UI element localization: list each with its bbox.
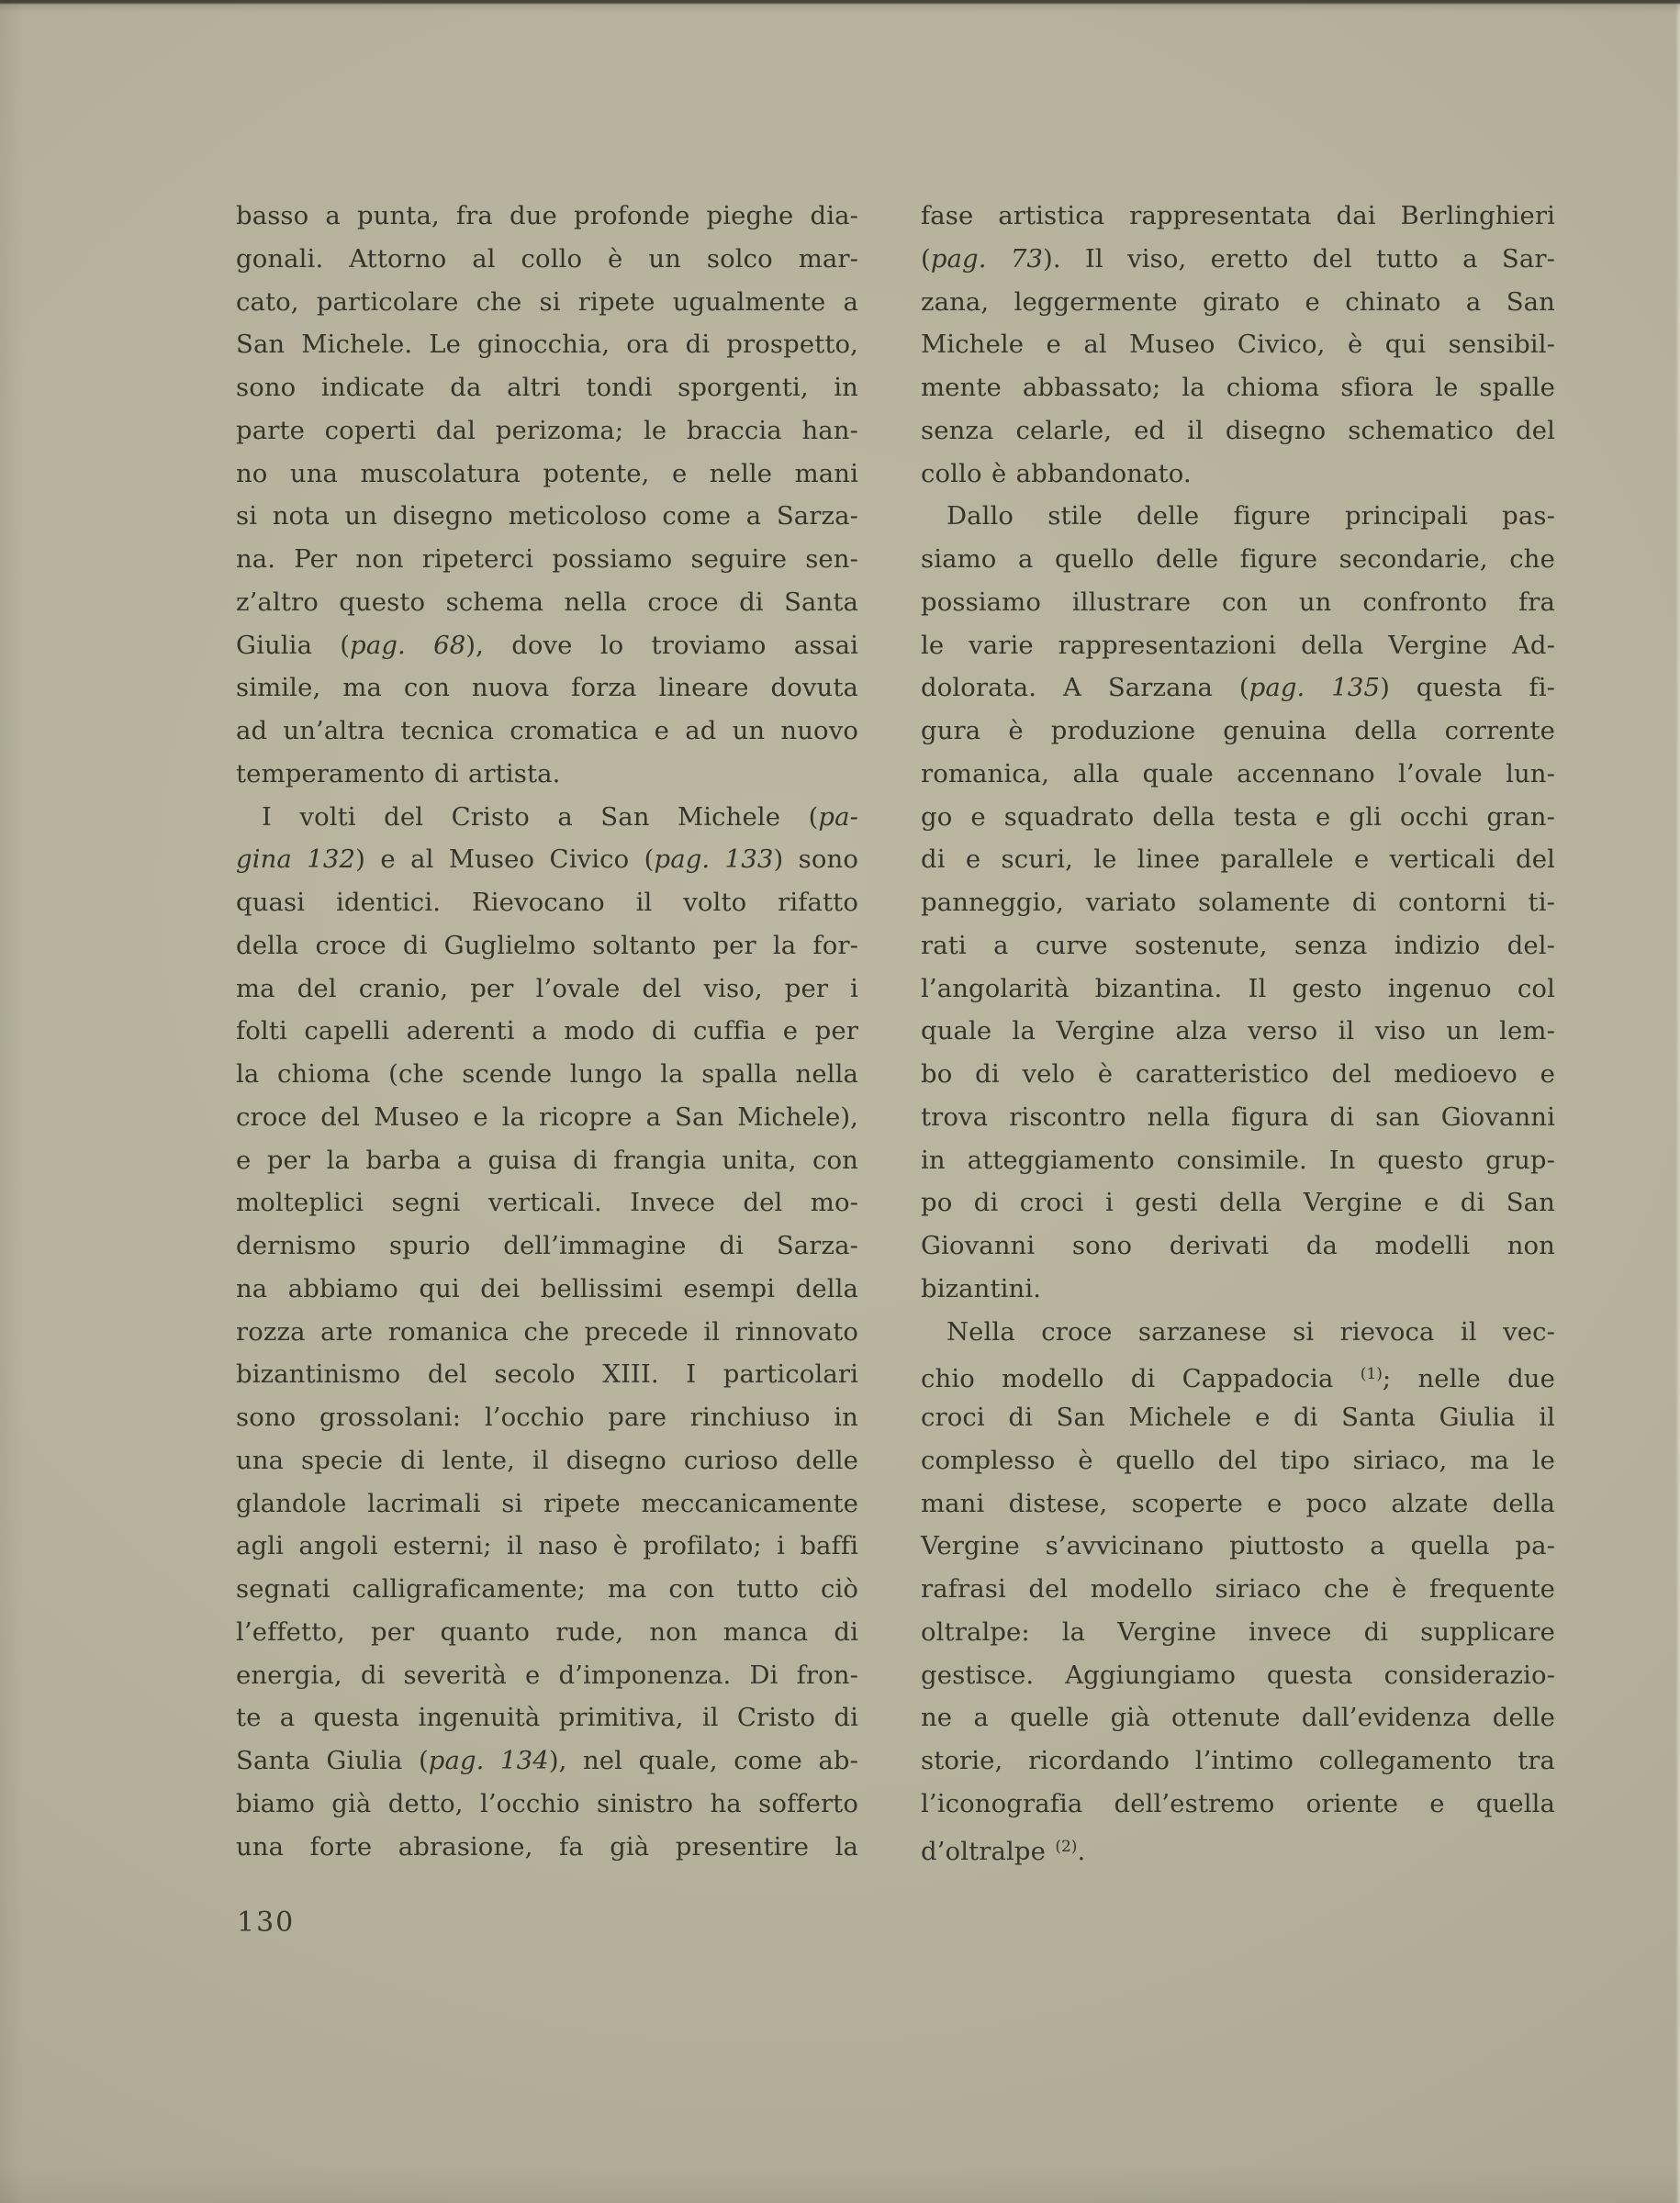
text-line: siamo a quello delle figure secondarie, … xyxy=(921,538,1555,581)
text-line: di e scuri, le linee parallele e vertica… xyxy=(921,838,1555,881)
text-line: sono indicate da altri tondi sporgenti, … xyxy=(236,366,858,409)
text-line: l’iconografia dell’estremo oriente e que… xyxy=(921,1783,1555,1826)
text-line: rafrasi del modello siriaco che è freque… xyxy=(921,1568,1555,1611)
text-line: possiamo illustrare con un confronto fra xyxy=(921,581,1555,624)
text-line: bizantinismo del secolo XIII. I particol… xyxy=(236,1353,858,1396)
text-line: energia, di severità e d’imponenza. Di f… xyxy=(236,1654,858,1697)
text-line: zana, leggermente girato e chinato a San xyxy=(921,281,1555,324)
text-line: una specie di lente, il disegno curioso … xyxy=(236,1439,858,1482)
text-line: rozza arte romanica che precede il rinno… xyxy=(236,1311,858,1354)
italic-page-reference: pag. 134 xyxy=(429,1746,549,1775)
text-line: no una muscolatura potente, e nelle mani xyxy=(236,453,858,496)
text-line: segnati calligraficamente; ma con tutto … xyxy=(236,1568,858,1611)
text-line: quale la Vergine alza verso il viso un l… xyxy=(921,1010,1555,1053)
text-line: romanica, alla quale accennano l’ovale l… xyxy=(921,753,1555,796)
text-line: gina 132) e al Museo Civico (pag. 133) s… xyxy=(236,838,858,881)
italic-page-reference: pag. 68 xyxy=(350,631,465,660)
text-line: (pag. 73). Il viso, eretto del tutto a S… xyxy=(921,238,1555,281)
text-line: l’angolarità bizantina. Il gesto ingenuo… xyxy=(921,967,1555,1011)
text-line: dernismo spurio dell’immagine di Sarza- xyxy=(236,1225,858,1268)
text-line: oltralpe: la Vergine invece di supplicar… xyxy=(921,1611,1555,1654)
text-line: sono grossolani: l’occhio pare rinchiuso… xyxy=(236,1396,858,1439)
text-line: z’altro questo schema nella croce di San… xyxy=(236,581,858,624)
text-line: collo è abbandonato. xyxy=(921,453,1555,496)
text-line: San Michele. Le ginocchia, ora di prospe… xyxy=(236,323,858,366)
text-line: I volti del Cristo a San Michele (pa- xyxy=(236,796,858,839)
text-column-right: fase artistica rappresentata dai Berling… xyxy=(921,195,1555,1868)
text-line: e per la barba a guisa di frangia unita,… xyxy=(236,1139,858,1182)
text-line: ma del cranio, per l’ovale del viso, per… xyxy=(236,967,858,1011)
text-line: complesso è quello del tipo siriaco, ma … xyxy=(921,1439,1555,1482)
text-line: biamo già detto, l’occhio sinistro ha so… xyxy=(236,1783,858,1826)
text-line: fase artistica rappresentata dai Berling… xyxy=(921,195,1555,238)
text-line: molteplici segni verticali. Invece del m… xyxy=(236,1181,858,1225)
text-line: panneggio, variato solamente di contorni… xyxy=(921,881,1555,924)
italic-page-reference: pa- xyxy=(818,802,858,832)
text-line: Dallo stile delle figure principali pas- xyxy=(921,495,1555,538)
text-line: storie, ricordando l’intimo collegamento… xyxy=(921,1739,1555,1783)
text-line: agli angoli esterni; il naso è profilato… xyxy=(236,1525,858,1568)
text-line: gura è produzione genuina della corrente xyxy=(921,710,1555,753)
text-line: croci di San Michele e di Santa Giulia i… xyxy=(921,1396,1555,1439)
text-line: po di croci i gesti della Vergine e di S… xyxy=(921,1181,1555,1225)
text-line: basso a punta, fra due profonde pieghe d… xyxy=(236,195,858,238)
text-line: go e squadrato della testa e gli occhi g… xyxy=(921,796,1555,839)
text-line: Santa Giulia (pag. 134), nel quale, come… xyxy=(236,1739,858,1783)
text-line: quasi identici. Rievocano il volto rifat… xyxy=(236,881,858,924)
italic-page-reference: gina 132 xyxy=(236,844,355,874)
text-line: in atteggiamento consimile. In questo gr… xyxy=(921,1139,1555,1182)
text-line: glandole lacrimali si ripete meccanicame… xyxy=(236,1482,858,1526)
text-line: mani distese, scoperte e poco alzate del… xyxy=(921,1482,1555,1526)
text-line: Vergine s’avvicinano piuttosto a quella … xyxy=(921,1525,1555,1568)
text-line: rati a curve sostenute, senza indizio de… xyxy=(921,924,1555,967)
text-line: chio modello di Cappadocia (1); nelle du… xyxy=(921,1353,1555,1396)
text-line: le varie rappresentazioni della Vergine … xyxy=(921,624,1555,667)
text-line: dolorata. A Sarzana (pag. 135) questa fi… xyxy=(921,666,1555,710)
text-line: gonali. Attorno al collo è un solco mar- xyxy=(236,238,858,281)
text-line: croce del Museo e la ricopre a San Miche… xyxy=(236,1096,858,1139)
text-line: Michele e al Museo Civico, è qui sensibi… xyxy=(921,323,1555,366)
text-line: temperamento di artista. xyxy=(236,753,858,796)
text-line: parte coperti dal perizoma; le braccia h… xyxy=(236,409,858,453)
text-line: cato, particolare che si ripete ugualmen… xyxy=(236,281,858,324)
footnote-marker: (1) xyxy=(1361,1365,1383,1383)
page-number: 130 xyxy=(237,1909,295,1937)
text-line: si nota un disegno meticoloso come a Sar… xyxy=(236,495,858,538)
text-line: na. Per non ripeterci possiamo seguire s… xyxy=(236,538,858,581)
text-line: ad un’altra tecnica cromatica e ad un nu… xyxy=(236,710,858,753)
text-line: te a questa ingenuità primitiva, il Cris… xyxy=(236,1696,858,1739)
text-line: l’effetto, per quanto rude, non manca di xyxy=(236,1611,858,1654)
italic-page-reference: pag. 133 xyxy=(655,844,774,874)
footnote-marker: (2) xyxy=(1055,1838,1077,1856)
text-line: mente abbassato; la chioma sfiora le spa… xyxy=(921,366,1555,409)
text-line: senza celarle, ed il disegno schematico … xyxy=(921,409,1555,453)
text-line: simile, ma con nuova forza lineare dovut… xyxy=(236,666,858,710)
text-line: d’oltralpe (2). xyxy=(921,1826,1555,1869)
text-line: ne a quelle già ottenute dall’evidenza d… xyxy=(921,1696,1555,1739)
italic-page-reference: pag. 135 xyxy=(1249,673,1380,702)
text-line: della croce di Guglielmo soltanto per la… xyxy=(236,924,858,967)
text-column-left: basso a punta, fra due profonde pieghe d… xyxy=(236,195,858,1868)
text-line: la chioma (che scende lungo la spalla ne… xyxy=(236,1053,858,1096)
text-line: gestisce. Aggiungiamo questa considerazi… xyxy=(921,1654,1555,1697)
text-line: folti capelli aderenti a modo di cuffia … xyxy=(236,1010,858,1053)
text-line: bo di velo è caratteristico del medioevo… xyxy=(921,1053,1555,1096)
text-line: Giovanni sono derivati da modelli non xyxy=(921,1225,1555,1268)
book-page-scan: basso a punta, fra due profonde pieghe d… xyxy=(0,0,1680,2203)
text-line: una forte abrasione, fa già presentire l… xyxy=(236,1826,858,1869)
text-line: na abbiamo qui dei bellissimi esempi del… xyxy=(236,1268,858,1311)
text-line: Giulia (pag. 68), dove lo troviamo assai xyxy=(236,624,858,667)
text-line: trova riscontro nella figura di san Giov… xyxy=(921,1096,1555,1139)
italic-page-reference: pag. 73 xyxy=(931,244,1043,274)
text-line: bizantini. xyxy=(921,1268,1555,1311)
text-line: Nella croce sarzanese si rievoca il vec- xyxy=(921,1311,1555,1354)
